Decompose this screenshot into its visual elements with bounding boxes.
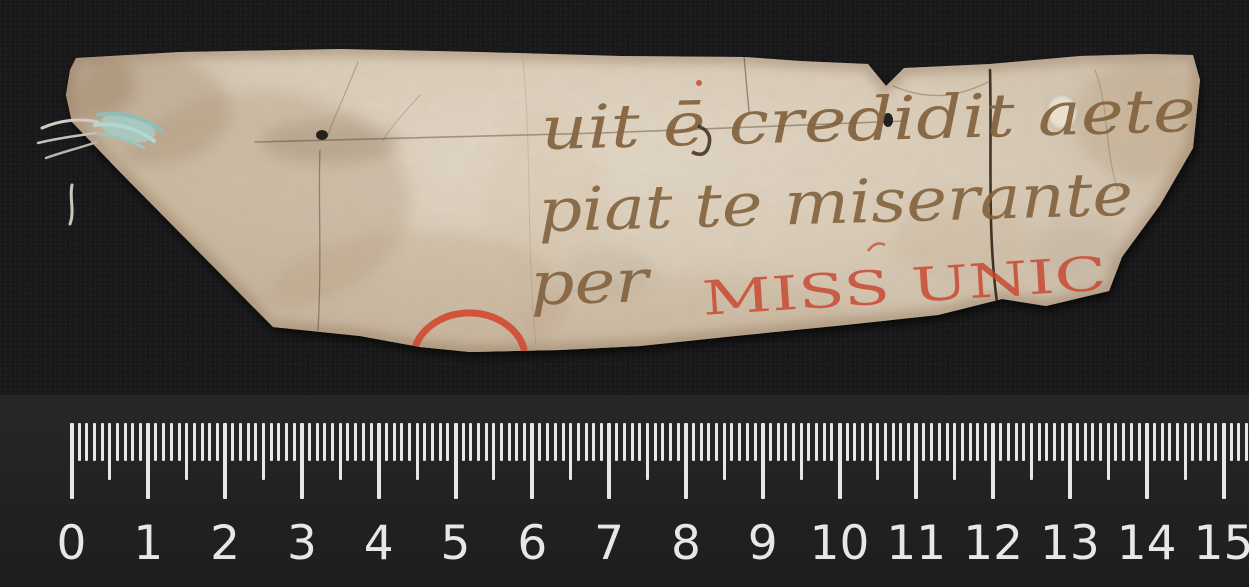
ruler-tick [700,423,703,461]
ruler-tick [800,423,803,480]
ruler-tick [577,423,580,461]
ruler-tick [899,423,902,461]
ruler-tick [78,423,81,461]
ruler-tick [769,423,772,461]
ruler-tick [669,423,672,461]
ruler-tick [1214,423,1217,461]
ruler-tick [946,423,949,461]
ruler-tick [139,423,142,461]
ruler-tick [354,423,357,461]
ruler-tick [976,423,979,461]
ruler-tick [508,423,511,461]
ruler-number: 5 [441,518,471,570]
ruler-tick [277,423,280,461]
ruler-tick [108,423,111,480]
ruler-tick [554,423,557,461]
ruler-number: 1 [133,518,163,570]
ruler-tick [462,423,465,461]
ruler-tick [1222,423,1226,499]
ruler-tick [208,423,211,461]
ruler-number: 12 [963,518,1023,570]
ruler-tick [869,423,872,461]
ruler-tick [1015,423,1018,461]
ruler-tick [1207,423,1210,461]
ruler-tick [707,423,710,461]
ruler-tick [562,423,565,461]
ruler-tick [1007,423,1010,461]
ruler-tick [1184,423,1187,480]
ruler-tick [1153,423,1156,461]
ruler-tick [469,423,472,461]
ruler-tick [346,423,349,461]
ruler-tick [1176,423,1179,461]
ruler-tick [370,423,373,461]
ruler-tick [523,423,526,461]
ruler-tick [922,423,925,461]
ruler-tick [1138,423,1141,461]
ruler-number: 7 [594,518,624,570]
ruler-tick [815,423,818,461]
ruler-tick [416,423,419,480]
ruler-number: 13 [1040,518,1100,570]
ruler-tick [500,423,503,461]
ruler-tick [530,423,534,499]
ruler-tick [638,423,641,461]
ruler-number: 15 [1194,518,1249,570]
ruler-tick [331,423,334,461]
ruler-tick [285,423,288,461]
ruler-tick [585,423,588,461]
ruler-tick [439,423,442,461]
ruler-tick [247,423,250,461]
stitch-hole-left [316,130,328,140]
photo-stage: uit ē credidit aete piat te miserante pe… [0,0,1249,587]
ruler-tick [193,423,196,461]
ruler-tick [262,423,265,480]
ruler-tick [646,423,649,480]
ruler-tick [884,423,887,461]
ruler-tick [823,423,826,461]
ruler-tick [254,423,257,461]
ruler-tick [316,423,319,461]
ruler-tick [300,423,304,499]
ruler-tick [846,423,849,461]
ruler-tick [1038,423,1041,461]
ruler-tick [984,423,987,461]
ruler-tick [201,423,204,461]
ruler-tick [185,423,188,480]
ruler-tick [961,423,964,461]
ruler: 0123456789101112131415 [0,395,1249,587]
ruler-tick [592,423,595,461]
ruler-tick [1061,423,1064,461]
ruler-tick [231,423,234,461]
ruler-tick [623,423,626,461]
ruler-tick [85,423,88,461]
ruler-tick [914,423,918,499]
ruler-tick [569,423,572,480]
ruler-tick [131,423,134,461]
ruler-tick [1199,423,1202,461]
ruler-tick [223,423,227,499]
ruler-number: 14 [1117,518,1177,570]
ruler-tick [124,423,127,461]
ruler-tick [999,423,1002,461]
ruler-tick [485,423,488,461]
ruler-tick [1168,423,1171,461]
ruler-tick [423,423,426,461]
ruler-tick [93,423,96,461]
ruler-tick [393,423,396,461]
ruler-tick [1191,423,1194,461]
ruler-tick [730,423,733,461]
ruler-tick [1114,423,1117,461]
ruler-number: 2 [210,518,240,570]
ruler-tick [830,423,833,461]
ruler-number: 4 [364,518,394,570]
ruler-tick [1107,423,1110,480]
hanging-thread [70,185,72,224]
ruler-tick [738,423,741,461]
ruler-tick [308,423,311,461]
ruler-tick [600,423,603,461]
ruler-tick [454,423,458,499]
ruler-tick [1237,423,1240,461]
ruler-tick [1053,423,1056,461]
ruler-tick [754,423,757,461]
ruler-tick [515,423,518,461]
ruler-tick [1068,423,1072,499]
ruler-tick [1245,423,1248,461]
ruler-tick [930,423,933,461]
ruler-tick [723,423,726,480]
ruler-tick [838,423,842,499]
ruler-tick [101,423,104,461]
ruler-tick [746,423,749,461]
ruler-tick [607,423,611,499]
ruler-tick [408,423,411,461]
ruler-tick [1130,423,1133,461]
ruler-tick [1122,423,1125,461]
ruler-tick [715,423,718,461]
ruler-number: 9 [748,518,778,570]
ruler-tick [1230,423,1233,461]
ruler-tick [784,423,787,461]
ruler-tick [216,423,219,461]
ruler-tick [1099,423,1102,461]
ruler-number: 10 [810,518,870,570]
ruler-tick [777,423,780,461]
ruler-tick [953,423,956,480]
ruler-tick [154,423,157,461]
ruler-tick [1022,423,1025,461]
ruler-number: 11 [886,518,946,570]
ruler-tick [477,423,480,461]
ruler-tick [362,423,365,461]
ruler-tick [1145,423,1149,499]
ruler-number: 3 [287,518,317,570]
ruler-tick [654,423,657,461]
ruler-tick [631,423,634,461]
ruler-tick [1084,423,1087,461]
ruler-number: 0 [57,518,87,570]
ruler-tick [293,423,296,461]
ruler-tick [1076,423,1079,461]
ruler-tick [1091,423,1094,461]
ruler-tick [146,423,150,499]
ruler-tick [546,423,549,461]
ruler-tick [615,423,618,461]
ruler-tick [492,423,495,480]
ruler-number: 8 [671,518,701,570]
ruler-tick [861,423,864,461]
ruler-tick [377,423,381,499]
ruler-tick [807,423,810,461]
ruler-tick [1161,423,1164,461]
ruler-tick [1030,423,1033,480]
ruler-tick [178,423,181,461]
ruler-tick [270,423,273,461]
ruler-tick [761,423,765,499]
ruler-tick [116,423,119,461]
ruler-tick [400,423,403,461]
ruler-tick [538,423,541,461]
ruler-tick [661,423,664,461]
ruler-tick [792,423,795,461]
ruler-tick [677,423,680,461]
ruler-tick [239,423,242,461]
ruler-tick [446,423,449,461]
ruler-tick [892,423,895,461]
ruler-tick [162,423,165,461]
ruler-tick [170,423,173,461]
manuscript-line-3-brown: per [529,246,653,319]
ruler-tick [1045,423,1048,461]
ruler-tick [876,423,879,480]
ruler-tick [991,423,995,499]
ruler-tick [684,423,688,499]
ruler-tick [938,423,941,461]
red-fleck [696,80,702,86]
ruler-tick [323,423,326,461]
ruler-tick [339,423,342,480]
ruler-number: 6 [517,518,547,570]
ruler-tick [969,423,972,461]
ruler-tick [907,423,910,461]
ruler-tick [853,423,856,461]
ruler-tick [692,423,695,461]
ruler-tick [431,423,434,461]
ruler-tick [385,423,388,461]
ruler-tick [70,423,74,499]
